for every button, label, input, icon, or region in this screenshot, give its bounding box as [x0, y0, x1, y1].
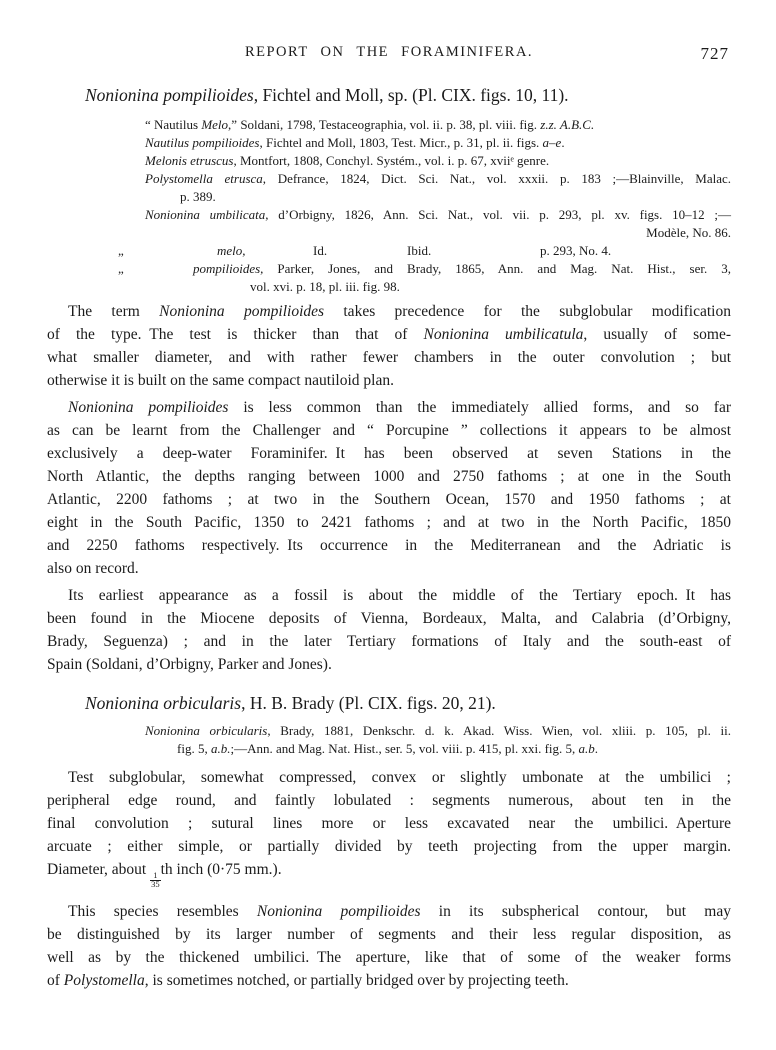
text-line: been found in the Miocene deposits of Vi… [47, 607, 731, 630]
synonymy-list: Nonionina orbicularis, Brady, 1881, Denk… [145, 722, 731, 758]
synonymy-line: pompilioides, Parker, Jones, and Brady, … [193, 260, 731, 278]
text-line: Test subglobular, somewhat compressed, c… [47, 766, 731, 789]
text-line: Diameter, about 135th inch (0·75 mm.). [47, 858, 731, 888]
text-line: North Atlantic, the depths ranging betwe… [47, 465, 731, 488]
running-header: REPORT ON THE FORAMINIFERA. [47, 44, 731, 60]
text-line: Brady, Seguenza) ; and in the later Tert… [47, 630, 731, 653]
text-line: This species resembles Nonionina pompili… [47, 900, 731, 923]
paragraph: This species resembles Nonionina pompili… [47, 900, 731, 992]
document-page: REPORT ON THE FORAMINIFERA. 727 Nonionin… [0, 0, 776, 1050]
synonymy-list: “ Nautilus Melo,” Soldani, 1798, Testace… [145, 116, 731, 296]
species-heading: Nonionina orbicularis, H. B. Brady (Pl. … [85, 692, 731, 714]
text-line: arcuate ; either simple, or partially di… [47, 835, 731, 858]
synonymy-line: Nonionina umbilicata, d’Orbigny, 1826, A… [145, 206, 731, 224]
text-line: well as by the thickened umbilici. The a… [47, 946, 731, 969]
text-line: Its earliest appearance as a fossil is a… [47, 584, 731, 607]
text-line: Nonionina pompilioides is less common th… [47, 396, 731, 419]
text-line: be distinguished by its larger number of… [47, 923, 731, 946]
synonymy-ditto: „ [118, 242, 124, 260]
synonymy-id: Id. [313, 242, 327, 260]
synonymy-page: p. 293, No. 4. [540, 242, 611, 260]
text-line: exclusively a deep-water Foraminifer. It… [47, 442, 731, 465]
synonymy-line: Polystomella etrusca, Defrance, 1824, Di… [145, 170, 731, 188]
synonymy-line: Nonionina orbicularis, Brady, 1881, Denk… [145, 722, 731, 740]
text-line: Atlantic, 2200 fathoms ; at two in the S… [47, 488, 731, 511]
masthead: REPORT ON THE FORAMINIFERA. 727 [47, 44, 731, 60]
text-line: what smaller diameter, and with rather f… [47, 346, 731, 369]
text-line: final convolution ; sutural lines more o… [47, 812, 731, 835]
text-line: Spain (Soldani, d’Orbigny, Parker and Jo… [47, 653, 731, 676]
text-line: also on record. [47, 557, 731, 580]
text-line: eight in the South Pacific, 1350 to 2421… [47, 511, 731, 534]
text-line: The term Nonionina pompilioides takes pr… [47, 300, 731, 323]
ditto-mark: „ [118, 260, 124, 278]
synonymy-line: vol. xvi. p. 18, pl. iii. fig. 98. [250, 278, 731, 296]
synonymy-ibid: Ibid. [407, 242, 431, 260]
synonymy-line: Nautilus pompilioides, Fichtel and Moll,… [145, 134, 731, 152]
text-line: and 2250 fathoms respectively. Its occur… [47, 534, 731, 557]
synonymy-line: Modèle, No. 86. [145, 224, 731, 242]
synonymy-name: melo, [217, 242, 246, 260]
synonymy-line: fig. 5, a.b.;—Ann. and Mag. Nat. Hist., … [177, 740, 731, 758]
species-section-orbicularis: Nonionina orbicularis, H. B. Brady (Pl. … [47, 692, 731, 992]
species-section-pompilioides: Nonionina pompilioides, Fichtel and Moll… [47, 84, 731, 676]
synonymy-ditto-row: „melo,Id.Ibid.p. 293, No. 4. [145, 242, 731, 260]
stacked-fraction: 135 [150, 872, 161, 888]
text-line: otherwise it is built on the same compac… [47, 369, 731, 392]
species-heading: Nonionina pompilioides, Fichtel and Moll… [85, 84, 731, 106]
synonymy-line: Melonis etruscus, Montfort, 1808, Conchy… [145, 152, 731, 170]
paragraph: The term Nonionina pompilioides takes pr… [47, 300, 731, 392]
paragraph: Test subglobular, somewhat compressed, c… [47, 766, 731, 888]
text-line: as can be learnt from the Challenger and… [47, 419, 731, 442]
text-line: of the type. The test is thicker than th… [47, 323, 731, 346]
paragraph: Its earliest appearance as a fossil is a… [47, 584, 731, 676]
page-number: 727 [701, 42, 730, 65]
synonymy-ditto-row: „pompilioides, Parker, Jones, and Brady,… [145, 260, 731, 278]
text-line: of Polystomella, is sometimes notched, o… [47, 969, 731, 992]
text-line: peripheral edge round, and faintly lobul… [47, 789, 731, 812]
synonymy-line: “ Nautilus Melo,” Soldani, 1798, Testace… [145, 116, 731, 134]
synonymy-line: p. 389. [180, 188, 731, 206]
paragraph: Nonionina pompilioides is less common th… [47, 396, 731, 580]
